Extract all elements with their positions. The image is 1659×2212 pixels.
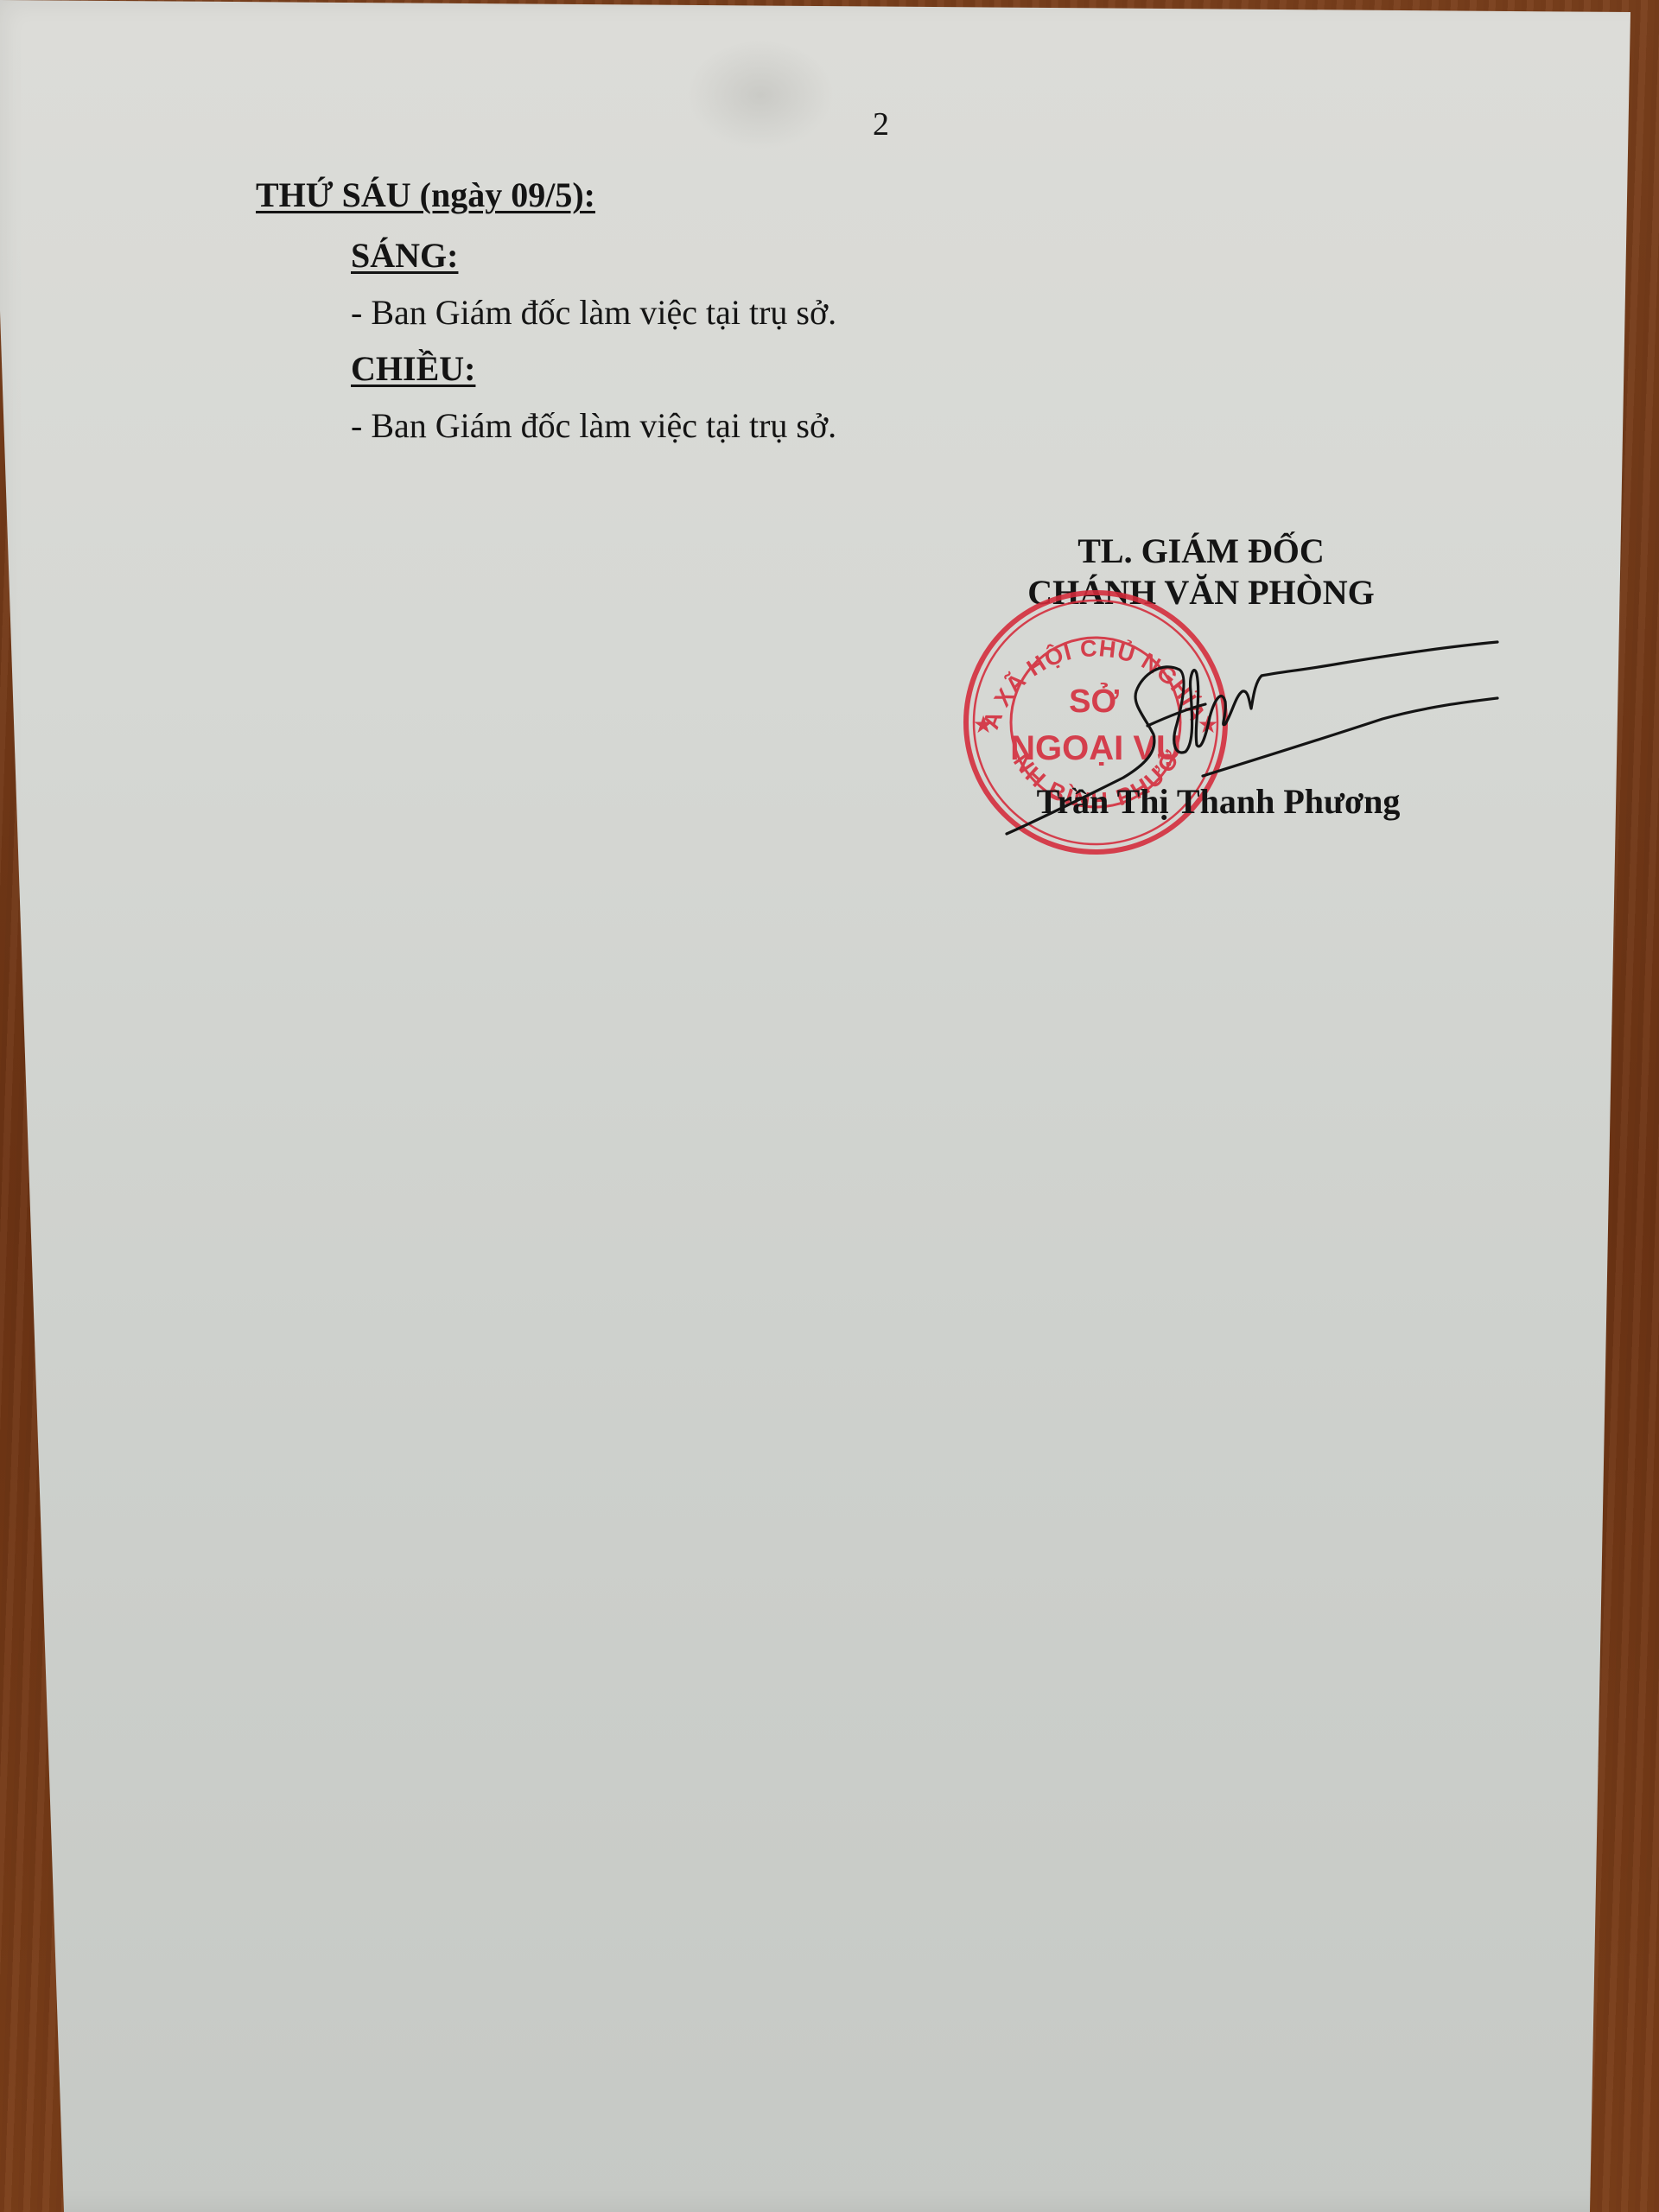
day-heading: THỨ SÁU (ngày 09/5): [256, 175, 595, 215]
session-heading-morning: SÁNG: [351, 235, 458, 276]
signature-title-line1: TL. GIÁM ĐỐC [907, 531, 1495, 571]
morning-item: - Ban Giám đốc làm việc tại trụ sở. [351, 292, 836, 333]
afternoon-item: - Ban Giám đốc làm việc tại trụ sở. [351, 405, 836, 446]
stamp-star-left-icon: ★ [972, 711, 994, 738]
handwritten-signature [994, 622, 1529, 847]
session-heading-afternoon: CHIỀU: [351, 348, 475, 389]
page-number: 2 [873, 105, 889, 143]
